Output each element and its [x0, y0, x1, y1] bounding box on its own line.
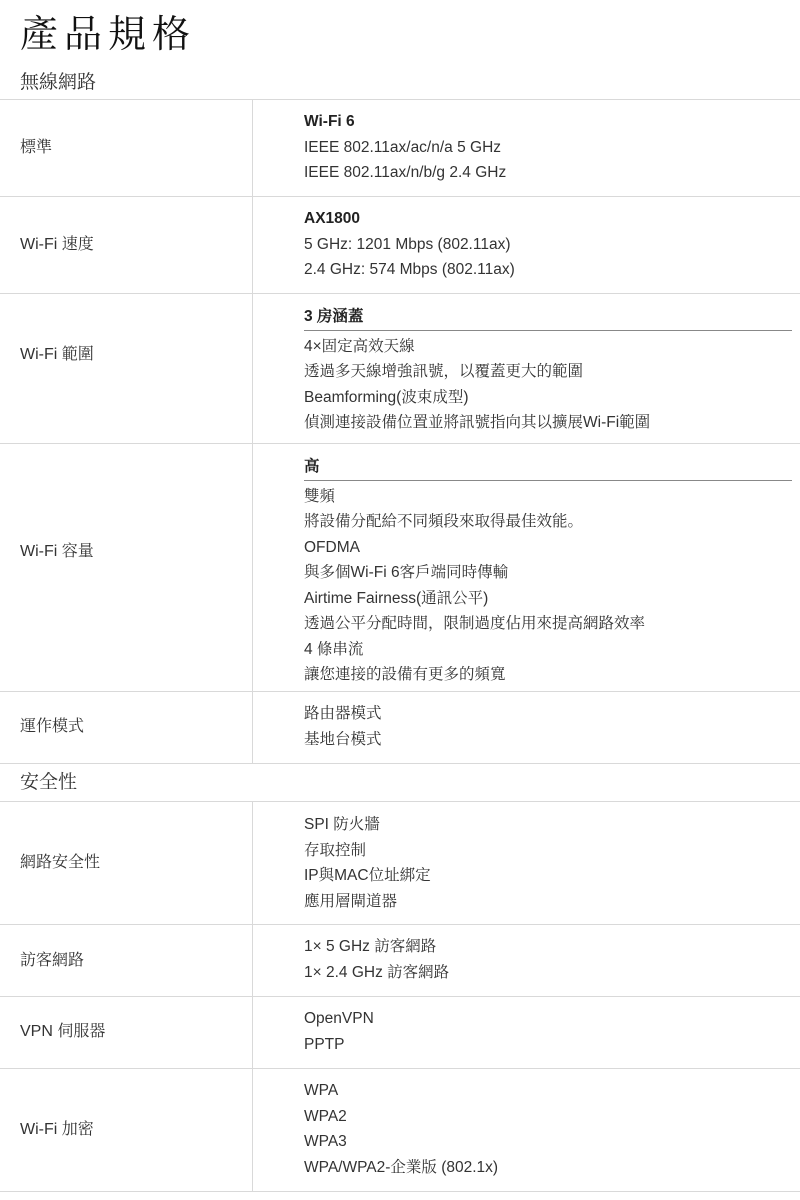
- spec-line: 4 條串流: [304, 637, 792, 663]
- spec-line: WPA/WPA2-企業版 (802.1x): [304, 1155, 792, 1181]
- spec-label-operation-mode: 運作模式: [20, 716, 84, 738]
- spec-line: 應用層閘道器: [304, 889, 792, 915]
- divider: [0, 99, 800, 100]
- divider: [0, 1191, 800, 1192]
- spec-value-standard: Wi-Fi 6 IEEE 802.11ax/ac/n/a 5 GHz IEEE …: [304, 109, 792, 186]
- spec-label-guest-network: 訪客網路: [20, 950, 84, 972]
- spec-label-wifi-speed: Wi-Fi 速度: [20, 234, 94, 256]
- spec-line: 路由器模式: [304, 701, 792, 727]
- spec-line: WPA: [304, 1078, 792, 1104]
- spec-line: 1× 2.4 GHz 訪客網路: [304, 960, 792, 986]
- divider: [0, 801, 800, 802]
- divider: [0, 1068, 800, 1069]
- spec-line: SPI 防火牆: [304, 812, 792, 838]
- section-title-security: 安全性: [20, 770, 77, 796]
- divider: [0, 924, 800, 925]
- spec-line: Wi-Fi 6: [304, 109, 792, 135]
- column-divider: [252, 100, 253, 196]
- column-divider: [252, 802, 253, 924]
- column-divider: [252, 197, 253, 293]
- spec-line: IEEE 802.11ax/n/b/g 2.4 GHz: [304, 160, 792, 186]
- spec-line: 雙頻: [304, 484, 792, 510]
- spec-line: Airtime Fairness(通訊公平): [304, 586, 792, 612]
- spec-value-operation-mode: 路由器模式 基地台模式: [304, 701, 792, 752]
- spec-line: 5 GHz: 1201 Mbps (802.11ax): [304, 232, 792, 258]
- spec-line: IEEE 802.11ax/ac/n/a 5 GHz: [304, 135, 792, 161]
- spec-line-heading: 高: [304, 454, 792, 481]
- spec-line: WPA2: [304, 1104, 792, 1130]
- divider: [0, 996, 800, 997]
- spec-label-wifi-capacity: Wi-Fi 容量: [20, 541, 94, 563]
- spec-line: 2.4 GHz: 574 Mbps (802.11ax): [304, 257, 792, 283]
- spec-line-heading: 3 房涵蓋: [304, 304, 792, 331]
- spec-value-wifi-range: 3 房涵蓋 4×固定高效天線 透過多天線增強訊號，以覆蓋更大的範圍 Beamfo…: [304, 304, 792, 436]
- spec-line: 透過公平分配時間，限制過度佔用來提高網路效率: [304, 611, 792, 637]
- spec-value-wifi-encryption: WPA WPA2 WPA3 WPA/WPA2-企業版 (802.1x): [304, 1078, 792, 1180]
- spec-line: Beamforming(波束成型): [304, 385, 792, 411]
- spec-label-network-security: 網路安全性: [20, 852, 100, 874]
- spec-line: 偵測連接設備位置並將訊號指向其以擴展Wi-Fi範圍: [304, 410, 792, 436]
- column-divider: [252, 925, 253, 996]
- column-divider: [252, 997, 253, 1068]
- spec-line: WPA3: [304, 1129, 792, 1155]
- spec-label-wifi-encryption: Wi-Fi 加密: [20, 1119, 94, 1141]
- divider: [0, 196, 800, 197]
- spec-line: OFDMA: [304, 535, 792, 561]
- spec-label-wifi-range: Wi-Fi 範圍: [20, 344, 94, 366]
- column-divider: [252, 1069, 253, 1191]
- spec-line: 與多個Wi-Fi 6客戶端同時傳輸: [304, 560, 792, 586]
- divider: [0, 691, 800, 692]
- spec-line: 讓您連接的設備有更多的頻寬: [304, 662, 792, 688]
- spec-label-standard: 標準: [20, 137, 52, 159]
- spec-line: OpenVPN: [304, 1006, 792, 1032]
- column-divider: [252, 692, 253, 763]
- spec-line: 將設備分配給不同頻段來取得最佳效能。: [304, 509, 792, 535]
- spec-line: 1× 5 GHz 訪客網路: [304, 934, 792, 960]
- spec-line: PPTP: [304, 1032, 792, 1058]
- spec-line: 基地台模式: [304, 727, 792, 753]
- spec-value-wifi-speed: AX1800 5 GHz: 1201 Mbps (802.11ax) 2.4 G…: [304, 206, 792, 283]
- column-divider: [252, 294, 253, 443]
- spec-line: 透過多天線增強訊號，以覆蓋更大的範圍: [304, 359, 792, 385]
- divider: [0, 443, 800, 444]
- page-title: 產品規格: [20, 10, 196, 60]
- spec-line: AX1800: [304, 206, 792, 232]
- column-divider: [252, 444, 253, 691]
- spec-line: 4×固定高效天線: [304, 334, 792, 360]
- section-title-wireless: 無線網路: [20, 70, 96, 96]
- spec-value-guest-network: 1× 5 GHz 訪客網路 1× 2.4 GHz 訪客網路: [304, 934, 792, 985]
- divider: [0, 293, 800, 294]
- spec-line: 存取控制: [304, 838, 792, 864]
- divider: [0, 763, 800, 764]
- spec-value-wifi-capacity: 高 雙頻 將設備分配給不同頻段來取得最佳效能。 OFDMA 與多個Wi-Fi 6…: [304, 454, 792, 688]
- spec-line: IP與MAC位址綁定: [304, 863, 792, 889]
- spec-label-vpn-server: VPN 伺服器: [20, 1021, 105, 1043]
- spec-value-network-security: SPI 防火牆 存取控制 IP與MAC位址綁定 應用層閘道器: [304, 812, 792, 914]
- spec-value-vpn-server: OpenVPN PPTP: [304, 1006, 792, 1057]
